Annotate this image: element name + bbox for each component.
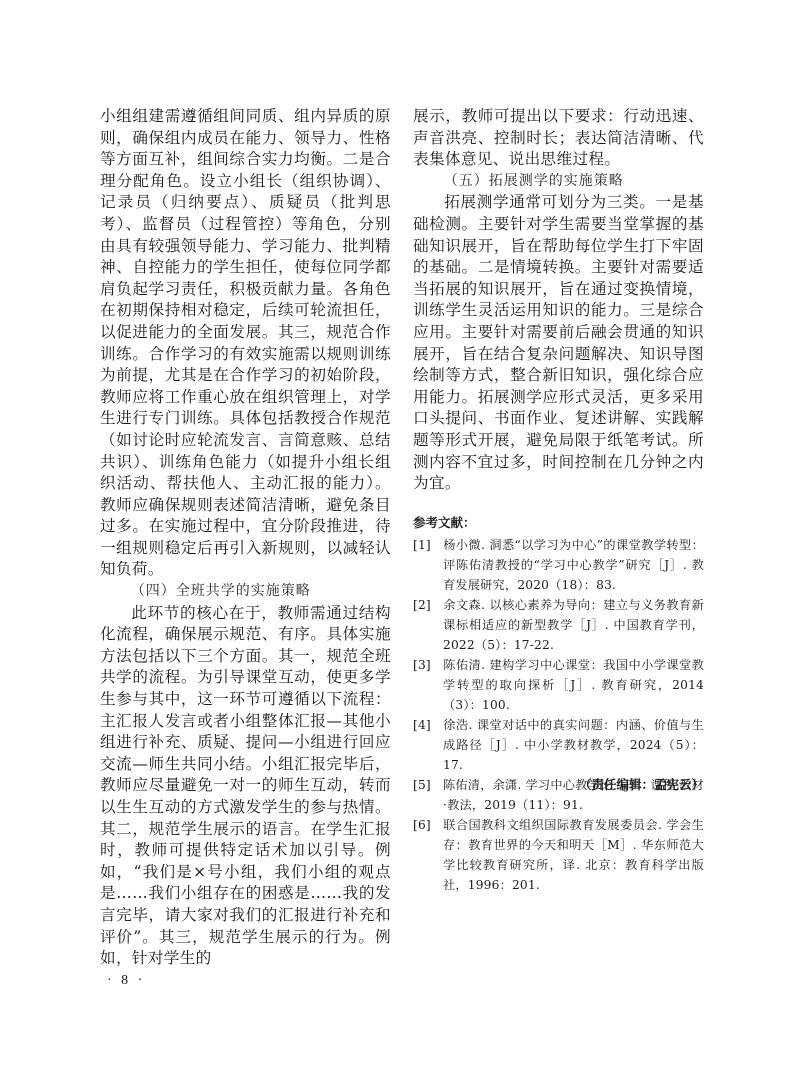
reference-text: 杨小微. 洞悉“以学习为中心”的课堂教学转型：评陈佑清教授的“学习中心教学”研究… bbox=[443, 538, 704, 592]
reference-number: [6] bbox=[413, 815, 443, 835]
references-section: 参考文献： [1]杨小微. 洞悉“以学习为中心”的课堂教学转型：评陈佑清教授的“… bbox=[413, 513, 704, 895]
reference-item: [1]杨小微. 洞悉“以学习为中心”的课堂教学转型：评陈佑清教授的“学习中心教学… bbox=[413, 535, 704, 595]
reference-item: [3]陈佑清. 建构学习中心课堂：我国中小学课堂教学转型的取向探析［J］. 教育… bbox=[413, 655, 704, 715]
reference-text: 徐浩. 课堂对话中的真实问题：内涵、价值与生成路径［J］. 中小学教材教学，20… bbox=[443, 718, 704, 772]
reference-number: [1] bbox=[413, 535, 443, 555]
reference-number: [4] bbox=[413, 715, 443, 735]
reference-item: [6]联合国教科文组织国际教育发展委员会. 学会生存：教育世界的今天和明天［M］… bbox=[413, 815, 704, 895]
body-paragraph: 此环节的核心在于，教师需通过结构化流程，确保展示规范、有序。具体实施方法包括以下… bbox=[100, 603, 391, 970]
reference-number: [3] bbox=[413, 655, 443, 675]
reference-text: 余文森. 以核心素养为导向：建立与义务教育新课标相适应的新型教学［J］. 中国教… bbox=[443, 598, 704, 652]
reference-text: 陈佑清. 建构学习中心课堂：我国中小学课堂教学转型的取向探析［J］. 教育研究，… bbox=[443, 658, 704, 712]
body-paragraph: 展示，教师可提出以下要求：行动迅速、声音洪亮、控制时长；表达简洁清晰、代表集体意… bbox=[413, 106, 704, 171]
body-paragraph: 小组组建需遵循组间同质、组内异质的原则，确保组内成员在能力、领导力、性格等方面互… bbox=[100, 106, 391, 581]
references-title: 参考文献： bbox=[413, 513, 704, 533]
reference-item: [4]徐浩. 课堂对话中的真实问题：内涵、价值与生成路径［J］. 中小学教材教学… bbox=[413, 715, 704, 775]
page-number: · 8 · bbox=[107, 973, 145, 989]
reference-number: [2] bbox=[413, 595, 443, 615]
body-paragraph: 拓展测学通常可划分为三类。一是基础检测。主要针对学生需要当堂掌握的基础知识展开，… bbox=[413, 192, 704, 494]
reference-text: 联合国教科文组织国际教育发展委员会. 学会生存：教育世界的今天和明天［M］. 华… bbox=[443, 818, 704, 892]
section-heading-4: （四）全班共学的实施策略 bbox=[100, 581, 391, 603]
left-column: 小组组建需遵循组间同质、组内异质的原则，确保组内成员在能力、领导力、性格等方面互… bbox=[100, 106, 391, 970]
section-heading-5: （五）拓展测学的实施策略 bbox=[413, 171, 704, 193]
reference-item: [2]余文森. 以核心素养为导向：建立与义务教育新课标相适应的新型教学［J］. … bbox=[413, 595, 704, 655]
editor-note: （责任编辑：孟宪云） bbox=[413, 775, 704, 793]
